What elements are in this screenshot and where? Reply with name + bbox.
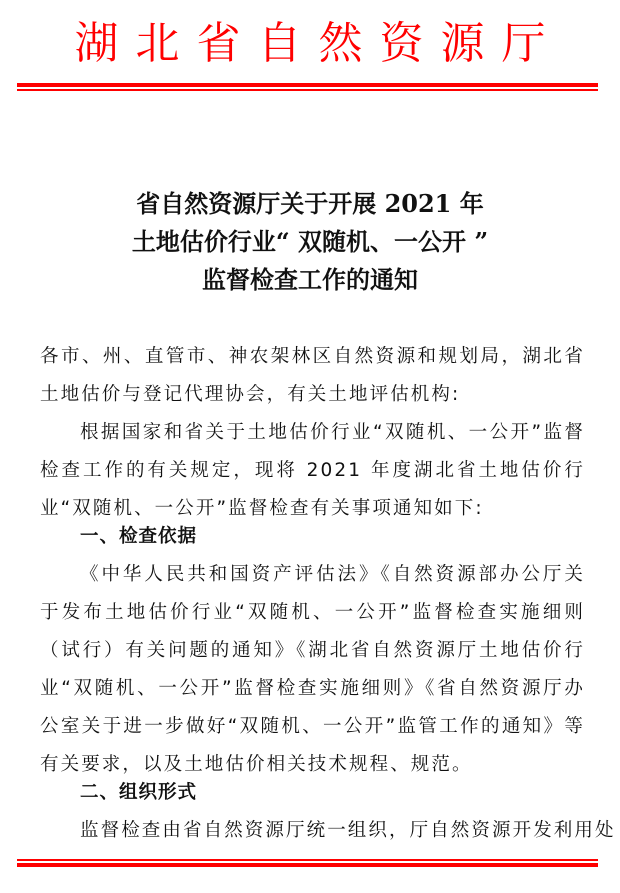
section-heading-organization: 二、组织形式 <box>80 774 197 812</box>
section-body-basis: 《中华人民共和国资产评估法》《自然资源部办公厅关于发布土地估价行业“双随机、一公… <box>40 556 585 784</box>
section-body-organization: 监督检查由省自然资源厅统一组织，厅自然资源开发利用处 <box>40 812 585 850</box>
footer-rule-thin <box>17 859 598 861</box>
intro-paragraph: 根据国家和省关于土地估价行业“双随机、一公开”监督检查工作的有关规定，现将 20… <box>40 414 585 528</box>
masthead-org-name: 湖北省自然资源厅 <box>0 14 620 74</box>
document-title-line-1: 省自然资源厅关于开展 2021 年 <box>0 183 620 225</box>
masthead-rule-thin <box>17 89 598 91</box>
footer-rule-thick <box>17 863 598 867</box>
document-title-line-3: 监督检查工作的通知 <box>0 259 620 301</box>
addressee-paragraph: 各市、州、直管市、神农架林区自然资源和规划局，湖北省土地估价与登记代理协会，有关… <box>40 338 585 414</box>
section-heading-basis: 一、检查依据 <box>80 518 197 556</box>
masthead-rule-thick <box>17 83 598 87</box>
document-title-line-2: 土地估价行业“ 双随机、一公开 ” <box>0 221 620 263</box>
